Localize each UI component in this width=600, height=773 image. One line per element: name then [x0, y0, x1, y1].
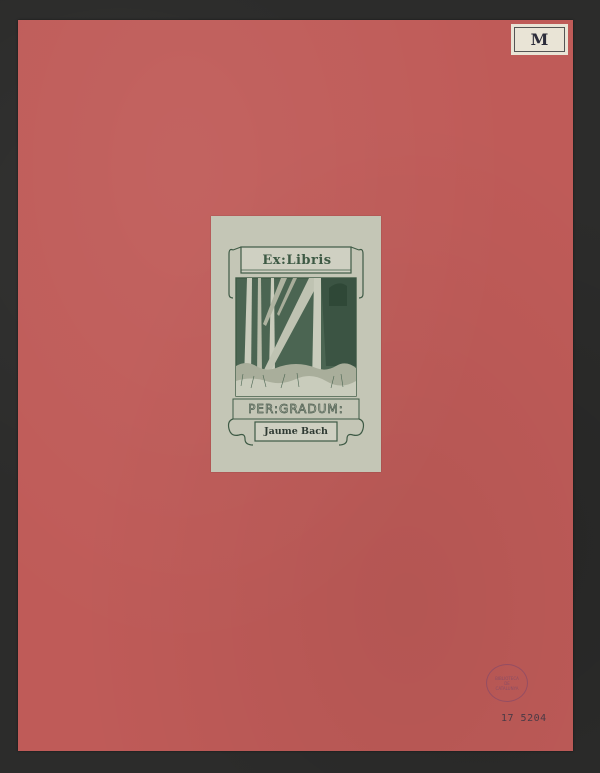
bookplate: Ex:Libris PER:GRADUM: Jaume Bach [211, 216, 381, 472]
shelf-label: M [511, 24, 568, 55]
stamp-line: CATALUNYA [496, 686, 519, 691]
bookplate-owner-name: Jaume Bach [256, 423, 336, 440]
inventory-number: 17 5204 [501, 713, 547, 724]
bookplate-motto: PER:GRADUM: [233, 401, 359, 417]
library-stamp: BIBLIOTECA DE CATALUNYA [486, 664, 528, 702]
shelf-label-text: M [514, 27, 565, 52]
ex-libris-banner: Ex:Libris [245, 248, 349, 272]
